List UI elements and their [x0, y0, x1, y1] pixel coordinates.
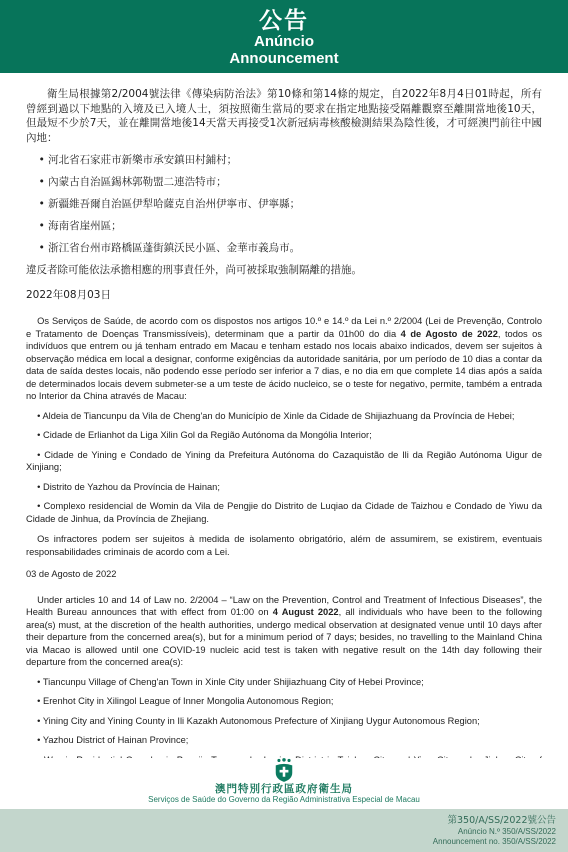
pt-penalty-note: Os infractores podem ser sujeitos à medi…	[26, 533, 542, 558]
cn-paragraph: 衛生局根據第2/2004號法律《傳染病防治法》第10條和第14條的規定，自202…	[26, 87, 542, 145]
en-area-item: Yining City and Yining County in Ili Kaz…	[26, 715, 542, 728]
cn-area-item: 新疆維吾爾自治區伊犁哈薩克自治州伊寧市、伊寧縣；	[26, 197, 542, 212]
reference-number-zh: 第350/A/SS/2022號公告	[0, 815, 556, 827]
cn-area-item: 海南省崖州區；	[26, 219, 542, 234]
reference-number-pt: Anúncio N.º 350/A/SS/2022	[0, 827, 556, 837]
cn-area-item: 浙江省台州市路橋區蓬街鎮沃民小區、金華市義烏市。	[26, 241, 542, 256]
pt-area-item: Aldeia de Tiancunpu da Vila de Cheng'an …	[26, 410, 542, 423]
en-area-item: Yazhou District of Hainan Province;	[26, 734, 542, 747]
en-effective-date: 4 August 2022	[273, 607, 339, 617]
cn-penalty-note: 違反者除可能依法承擔相應的刑事責任外，尚可被採取強制隔離的措施。	[26, 263, 542, 278]
header-banner: 公告 Anúncio Announcement	[0, 0, 568, 73]
org-signature: 澳門特別行政區政府衛生局 Serviços de Saúde do Govern…	[0, 758, 568, 809]
cn-area-item: 河北省石家莊市新樂市承安鎮田村鋪村；	[26, 153, 542, 168]
pt-area-item: Cidade de Yining e Condado de Yining da …	[26, 449, 542, 474]
pt-area-item: Distrito de Yazhou da Província de Haina…	[26, 481, 542, 494]
page-title-zh: 公告	[259, 8, 309, 33]
org-name-zh: 澳門特別行政區政府衛生局	[0, 783, 568, 795]
reference-number-en: Announcement no. 350/A/SS/2022	[0, 837, 556, 847]
pt-paragraph: Os Serviços de Saúde, de acordo com os d…	[26, 315, 542, 403]
pt-paragraph-text: , todos os indivíduos que entrem ou já t…	[26, 329, 542, 402]
page-title-en: Announcement	[229, 50, 338, 67]
pt-effective-date: 4 de Agosto de 2022	[401, 329, 498, 339]
pt-area-item: Complexo residencial de Womin da Vila de…	[26, 500, 542, 525]
en-area-item: Tiancunpu Village of Cheng'an Town in Xi…	[26, 676, 542, 689]
reference-bar: 第350/A/SS/2022號公告 Anúncio N.º 350/A/SS/2…	[0, 809, 568, 852]
health-bureau-emblem-icon	[273, 758, 295, 782]
page-title-pt: Anúncio	[254, 33, 314, 50]
en-paragraph: Under articles 10 and 14 of Law no. 2/20…	[26, 594, 542, 669]
org-name-pt: Serviços de Saúde do Governo da Região A…	[0, 795, 568, 805]
announcement-page: 公告 Anúncio Announcement 衛生局根據第2/2004號法律《…	[0, 0, 568, 852]
cn-date: 2022年08月03日	[26, 288, 542, 303]
announcement-body: 衛生局根據第2/2004號法律《傳染病防治法》第10條和第14條的規定，自202…	[0, 73, 568, 758]
cn-area-item: 內蒙古自治區錫林郭勒盟二連浩特市；	[26, 175, 542, 190]
pt-area-item: Cidade de Erlianhot da Liga Xilin Gol da…	[26, 429, 542, 442]
en-area-item: Erenhot City in Xilingol League of Inner…	[26, 695, 542, 708]
pt-date: 03 de Agosto de 2022	[26, 568, 542, 581]
